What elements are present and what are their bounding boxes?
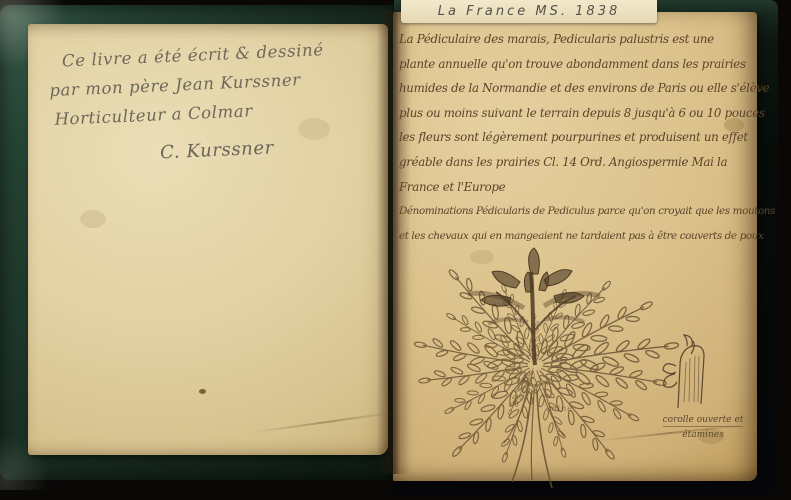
text-line: les fleurs sont légèrement pourpurines e…	[399, 125, 757, 150]
corolla-detail-illustration	[660, 332, 718, 412]
catalog-tag: La France MS. 1838	[401, 0, 657, 23]
corolla-caption: corolle ouverte et étamines	[648, 413, 758, 443]
text-line: France et l'Europe	[399, 175, 757, 200]
catalog-tag-label: La France MS. 1838	[438, 4, 620, 19]
plant-roots	[504, 378, 564, 488]
text-line: plante annuelle qu'on trouve abondamment…	[399, 52, 757, 77]
plant-center-label: mine	[549, 404, 573, 413]
manuscript-photo: La France MS. 1838 Ce livre a été écrit …	[0, 0, 791, 500]
corolla-caption-line1: corolle ouverte et	[663, 415, 744, 427]
text-line: La Pédiculaire des marais, Pedicularis p…	[399, 27, 757, 52]
inscription-lines: Ce livre a été écrit & dessinépar mon pè…	[45, 33, 378, 134]
left-page-inscription: Ce livre a été écrit & dessinépar mon pè…	[45, 33, 380, 172]
right-page-text: La Pédiculaire des marais, Pedicularis p…	[399, 27, 757, 248]
leaf-rosette	[412, 261, 680, 466]
text-line: plus ou moins suivant le terrain depuis …	[399, 101, 757, 126]
text-line: humides de la Normandie et des environs …	[399, 76, 757, 101]
text-line: gréable dans les prairies Cl. 14 Ord. An…	[399, 150, 757, 175]
corolla-caption-line2: étamines	[648, 428, 758, 443]
text-line: Dénominations Pédicularis de Pediculus p…	[399, 199, 757, 224]
